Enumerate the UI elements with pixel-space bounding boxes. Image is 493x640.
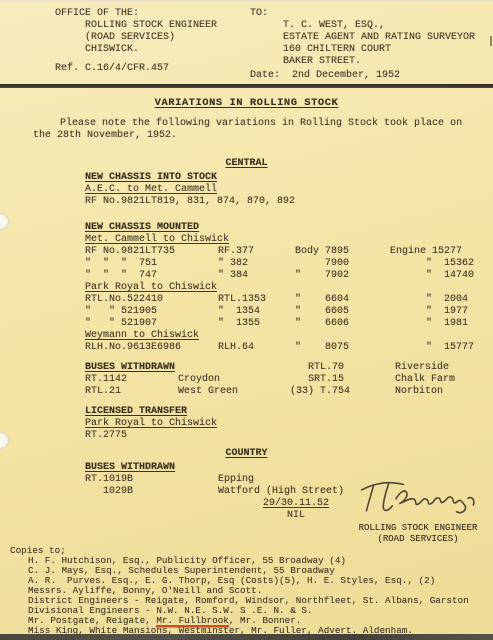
table-cell: " 1981 (390, 318, 485, 330)
table-cell: Riverside (395, 362, 485, 374)
table-cell: 7900 (295, 258, 390, 270)
route-subheading: A.E.C. to Met. Cammell (85, 184, 295, 196)
section-title-central: CENTRAL (225, 158, 267, 169)
mounted-table-group: RTL.No.522410RTL.1353" 6604 " 2004 " " 5… (85, 294, 485, 330)
buses-withdrawn-heading: BUSES WITHDRAWN (85, 362, 290, 374)
table-cell: " 8075 (295, 342, 390, 354)
table-cell: " " " 751 (85, 258, 218, 270)
office-line: ROLLING STOCK ENGINEER (85, 20, 217, 32)
new-chassis-mounted-heading: NEW CHASSIS MOUNTED (85, 222, 485, 234)
table-cell: " 6605 (295, 306, 390, 318)
table-cell: Engine 15277 (390, 246, 485, 258)
table-cell: " 2004 (390, 294, 485, 306)
title-row: VARIATIONS IN ROLLING STOCK (0, 97, 493, 110)
recipient-block: TO: T. C. WEST, ESQ., ESTATE AGENT AND R… (250, 8, 475, 68)
section-central-row: CENTRAL (0, 158, 493, 170)
fleet-numbers-line: RF No.9821LT819, 831, 874, 870, 892 (85, 196, 295, 208)
table-cell: RTL.21 (85, 386, 178, 398)
table-cell: SRT.15 (290, 374, 395, 386)
table-cell: Body 7895 (295, 246, 390, 258)
ref-number: Ref. C.16/4/CFR.457 (55, 63, 169, 75)
table-cell: " 1354 (218, 306, 295, 318)
date-value: 2nd December, 1952 (292, 70, 400, 81)
recipient-line: ESTATE AGENT AND RATING SURVEYOR (283, 32, 475, 44)
new-chassis-into-stock: NEW CHASSIS INTO STOCK A.E.C. to Met. Ca… (85, 172, 295, 208)
office-label: OFFICE OF THE: (55, 8, 217, 20)
table-cell: " 6606 (295, 318, 390, 330)
route-subheading: Met. Cammell to Chiswick (85, 234, 485, 246)
table-cell: RT.1019B (85, 474, 218, 486)
table-cell: " " 521905 (85, 306, 218, 318)
new-chassis-mounted: NEW CHASSIS MOUNTED Met. Cammell to Chis… (85, 222, 485, 354)
section-country-row: COUNTRY (0, 448, 493, 460)
copies-list: Copies to; H. F. Hutchison, Esq., Public… (10, 546, 491, 636)
to-label: TO: (250, 8, 475, 20)
punch-hole (0, 213, 9, 230)
office-line: (ROAD SERVICES) (85, 32, 217, 44)
table-cell: RTL.1353 (218, 294, 295, 306)
intro-paragraph: Please note the following variations in … (33, 118, 478, 142)
licensed-transfer-heading: LICENSED TRANSFER (85, 406, 217, 418)
table-cell: " " 521907 (85, 318, 218, 330)
table-cell: " 6604 (295, 294, 390, 306)
recipient-line: T. C. WEST, ESQ., (283, 20, 475, 32)
table-cell: " 15777 (390, 342, 485, 354)
intro-line: Please note the following variations in … (33, 118, 478, 130)
route-subheading: Park Royal to Chiswick (85, 282, 485, 294)
intro-line: the 28th November, 1952. (33, 130, 478, 142)
table-cell: " 14740 (390, 270, 485, 282)
date-label: Date: (250, 70, 280, 81)
table-cell: 1029B (85, 486, 218, 498)
document-title: VARIATIONS IN ROLLING STOCK (155, 97, 339, 109)
buses-withdrawn-central: BUSES WITHDRAWN RTL.70Riverside RT.1142C… (85, 362, 485, 398)
table-cell: " 384 (218, 270, 295, 282)
mounted-table-group: RLH.No.9613E6986RLH.64" 8075 " 15777 (85, 342, 485, 354)
signatory-title: (ROAD SERVICES) (348, 534, 488, 545)
office-line: CHISWICK. (85, 44, 217, 56)
table-cell: " 15362 (390, 258, 485, 270)
route-subheading: Weymann to Chiswick (85, 330, 485, 342)
punch-hole (0, 432, 9, 449)
mounted-table-group: RF No.9821LT735RF.377Body 7895Engine 152… (85, 246, 485, 282)
table-cell: " 382 (218, 258, 295, 270)
scan-top-edge (0, 0, 493, 2)
buses-withdrawn-heading: BUSES WITHDRAWN (85, 462, 485, 474)
table-cell: RLH.No.9613E6986 (85, 342, 218, 354)
licensed-transfer: LICENSED TRANSFER Park Royal to Chiswick… (85, 406, 217, 442)
document-page: OFFICE OF THE: ROLLING STOCK ENGINEER (R… (0, 0, 493, 640)
table-cell: Chalk Farm (395, 374, 485, 386)
withdrawn-table: BUSES WITHDRAWN RTL.70Riverside RT.1142C… (85, 362, 485, 398)
scan-edge-mark (490, 36, 492, 46)
scan-bottom-edge (0, 634, 493, 640)
red-underlined-name: Mr. Fullbrook (156, 616, 229, 625)
date-line: Date:2nd December, 1952 (250, 70, 400, 82)
route-subheading: Park Royal to Chiswick (85, 418, 217, 430)
signatory-title: ROLLING STOCK ENGINEER (348, 523, 488, 534)
table-cell: RT.1142 (85, 374, 178, 386)
table-cell: " 1977 (390, 306, 485, 318)
recipient-line: 160 CHILTERN COURT (283, 44, 475, 56)
table-cell: " 1355 (218, 318, 295, 330)
table-cell: RLH.64 (218, 342, 295, 354)
table-cell: RTL.No.522410 (85, 294, 218, 306)
table-cell: RF No.9821LT735 (85, 246, 218, 258)
table-cell: " 7902 (295, 270, 390, 282)
table-cell: Norbiton (395, 386, 485, 398)
section-title-country: COUNTRY (225, 448, 267, 459)
handwritten-signature (355, 474, 480, 520)
signature-block: ROLLING STOCK ENGINEER (ROAD SERVICES) (348, 476, 488, 545)
fleet-numbers-line: RT.2775 (85, 430, 217, 442)
new-chassis-into-stock-heading: NEW CHASSIS INTO STOCK (85, 172, 295, 184)
table-cell: " " " 747 (85, 270, 218, 282)
table-cell: RTL.70 (290, 362, 395, 374)
recipient-line: BAKER STREET. (283, 56, 475, 68)
sender-address-block: OFFICE OF THE: ROLLING STOCK ENGINEER (R… (55, 8, 217, 56)
header-rule (0, 84, 493, 88)
table-cell: West Green (178, 386, 290, 398)
table-cell: Croydon (178, 374, 290, 386)
table-cell: RF.377 (218, 246, 295, 258)
table-cell: (33) T.754 (290, 386, 395, 398)
